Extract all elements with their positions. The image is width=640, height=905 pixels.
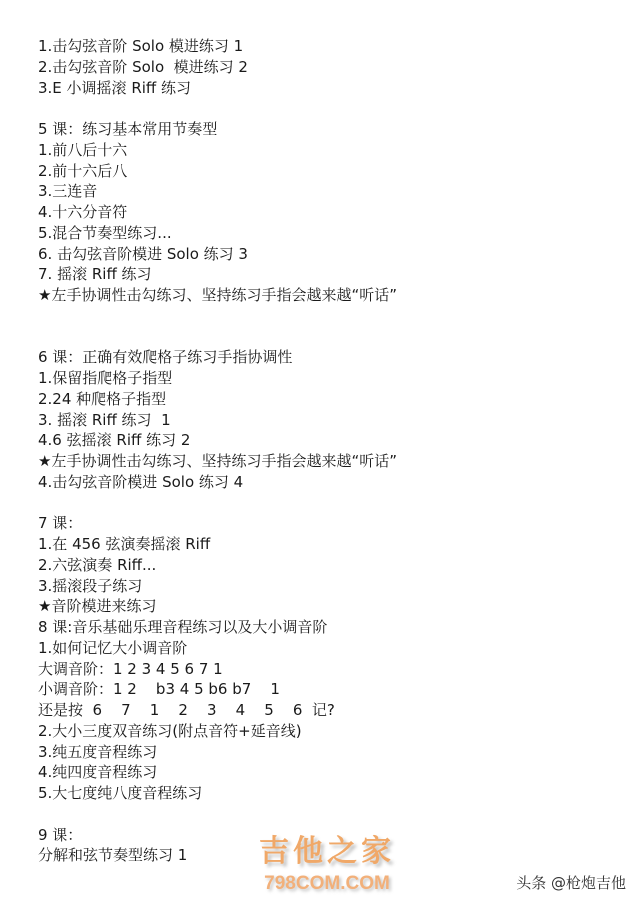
lesson-5-item: 2.前十六后八 [38,161,618,182]
lesson-8-item: 1.如何记忆大小调音阶 [38,638,618,659]
minor-scale-line: 小调音阶：1 2 b3 4 5 b6 b7 1 [38,679,618,700]
lesson-6-title: 6 课：正确有效爬格子练习手指协调性 [38,347,618,368]
lesson-6-item: 3. 摇滚 Riff 练习 1 [38,410,618,431]
lesson-7-note: ★音阶模进来练习 [38,596,618,617]
spacer [38,98,618,119]
lesson-8-title: 8 课:音乐基础乐理音程练习以及大小调音阶 [38,617,618,638]
intro-item: 2.击勾弦音阶 Solo 模进练习 2 [38,57,618,78]
scale-question-line: 还是按 6 7 1 2 3 4 5 6 记? [38,700,618,721]
lesson-7-title: 7 课： [38,513,618,534]
lesson-6-item: 4.击勾弦音阶模进 Solo 练习 4 [38,472,618,493]
lesson-5-note: ★左手协调性击勾练习、坚持练习手指会越来越“听话” [38,285,618,306]
lesson-6-item: 2.24 种爬格子指型 [38,389,618,410]
lesson-5-item: 7. 摇滚 Riff 练习 [38,264,618,285]
intro-item: 1.击勾弦音阶 Solo 模进练习 1 [38,36,618,57]
watermark-url: 798COM.COM [252,872,402,896]
lesson-8-item: 5.大七度纯八度音程练习 [38,783,618,804]
lesson-6-note: ★左手协调性击勾练习、坚持练习手指会越来越“听话” [38,451,618,472]
lesson-8-item: 3.纯五度音程练习 [38,742,618,763]
lesson-7-item: 2.六弦演奏 Riff... [38,555,618,576]
author-credit: 头条 @枪炮吉他 [516,872,626,893]
intro-item: 3.E 小调摇滚 Riff 练习 [38,78,618,99]
lesson-5-title: 5 课：练习基本常用节奏型 [38,119,618,140]
site-watermark: 吉他之家 798COM.COM [252,834,402,896]
lesson-5-item: 4.十六分音符 [38,202,618,223]
watermark-title: 吉他之家 [252,834,402,870]
lesson-6-item: 4.6 弦摇滚 Riff 练习 2 [38,430,618,451]
lesson-document: 1.击勾弦音阶 Solo 模进练习 1 2.击勾弦音阶 Solo 模进练习 2 … [38,36,618,866]
lesson-6-item: 1.保留指爬格子指型 [38,368,618,389]
lesson-7-item: 1.在 456 弦演奏摇滚 Riff [38,534,618,555]
lesson-5-item: 1.前八后十六 [38,140,618,161]
major-scale-line: 大调音阶：1 2 3 4 5 6 7 1 [38,659,618,680]
spacer [38,804,618,825]
lesson-5-item: 3.三连音 [38,181,618,202]
lesson-5-item: 5.混合节奏型练习... [38,223,618,244]
lesson-7-item: 3.摇滚段子练习 [38,576,618,597]
lesson-8-item: 4.纯四度音程练习 [38,762,618,783]
spacer [38,493,618,514]
lesson-8-item: 2.大小三度双音练习(附点音符+延音线) [38,721,618,742]
lesson-5-item: 6. 击勾弦音阶模进 Solo 练习 3 [38,244,618,265]
spacer [38,306,618,348]
